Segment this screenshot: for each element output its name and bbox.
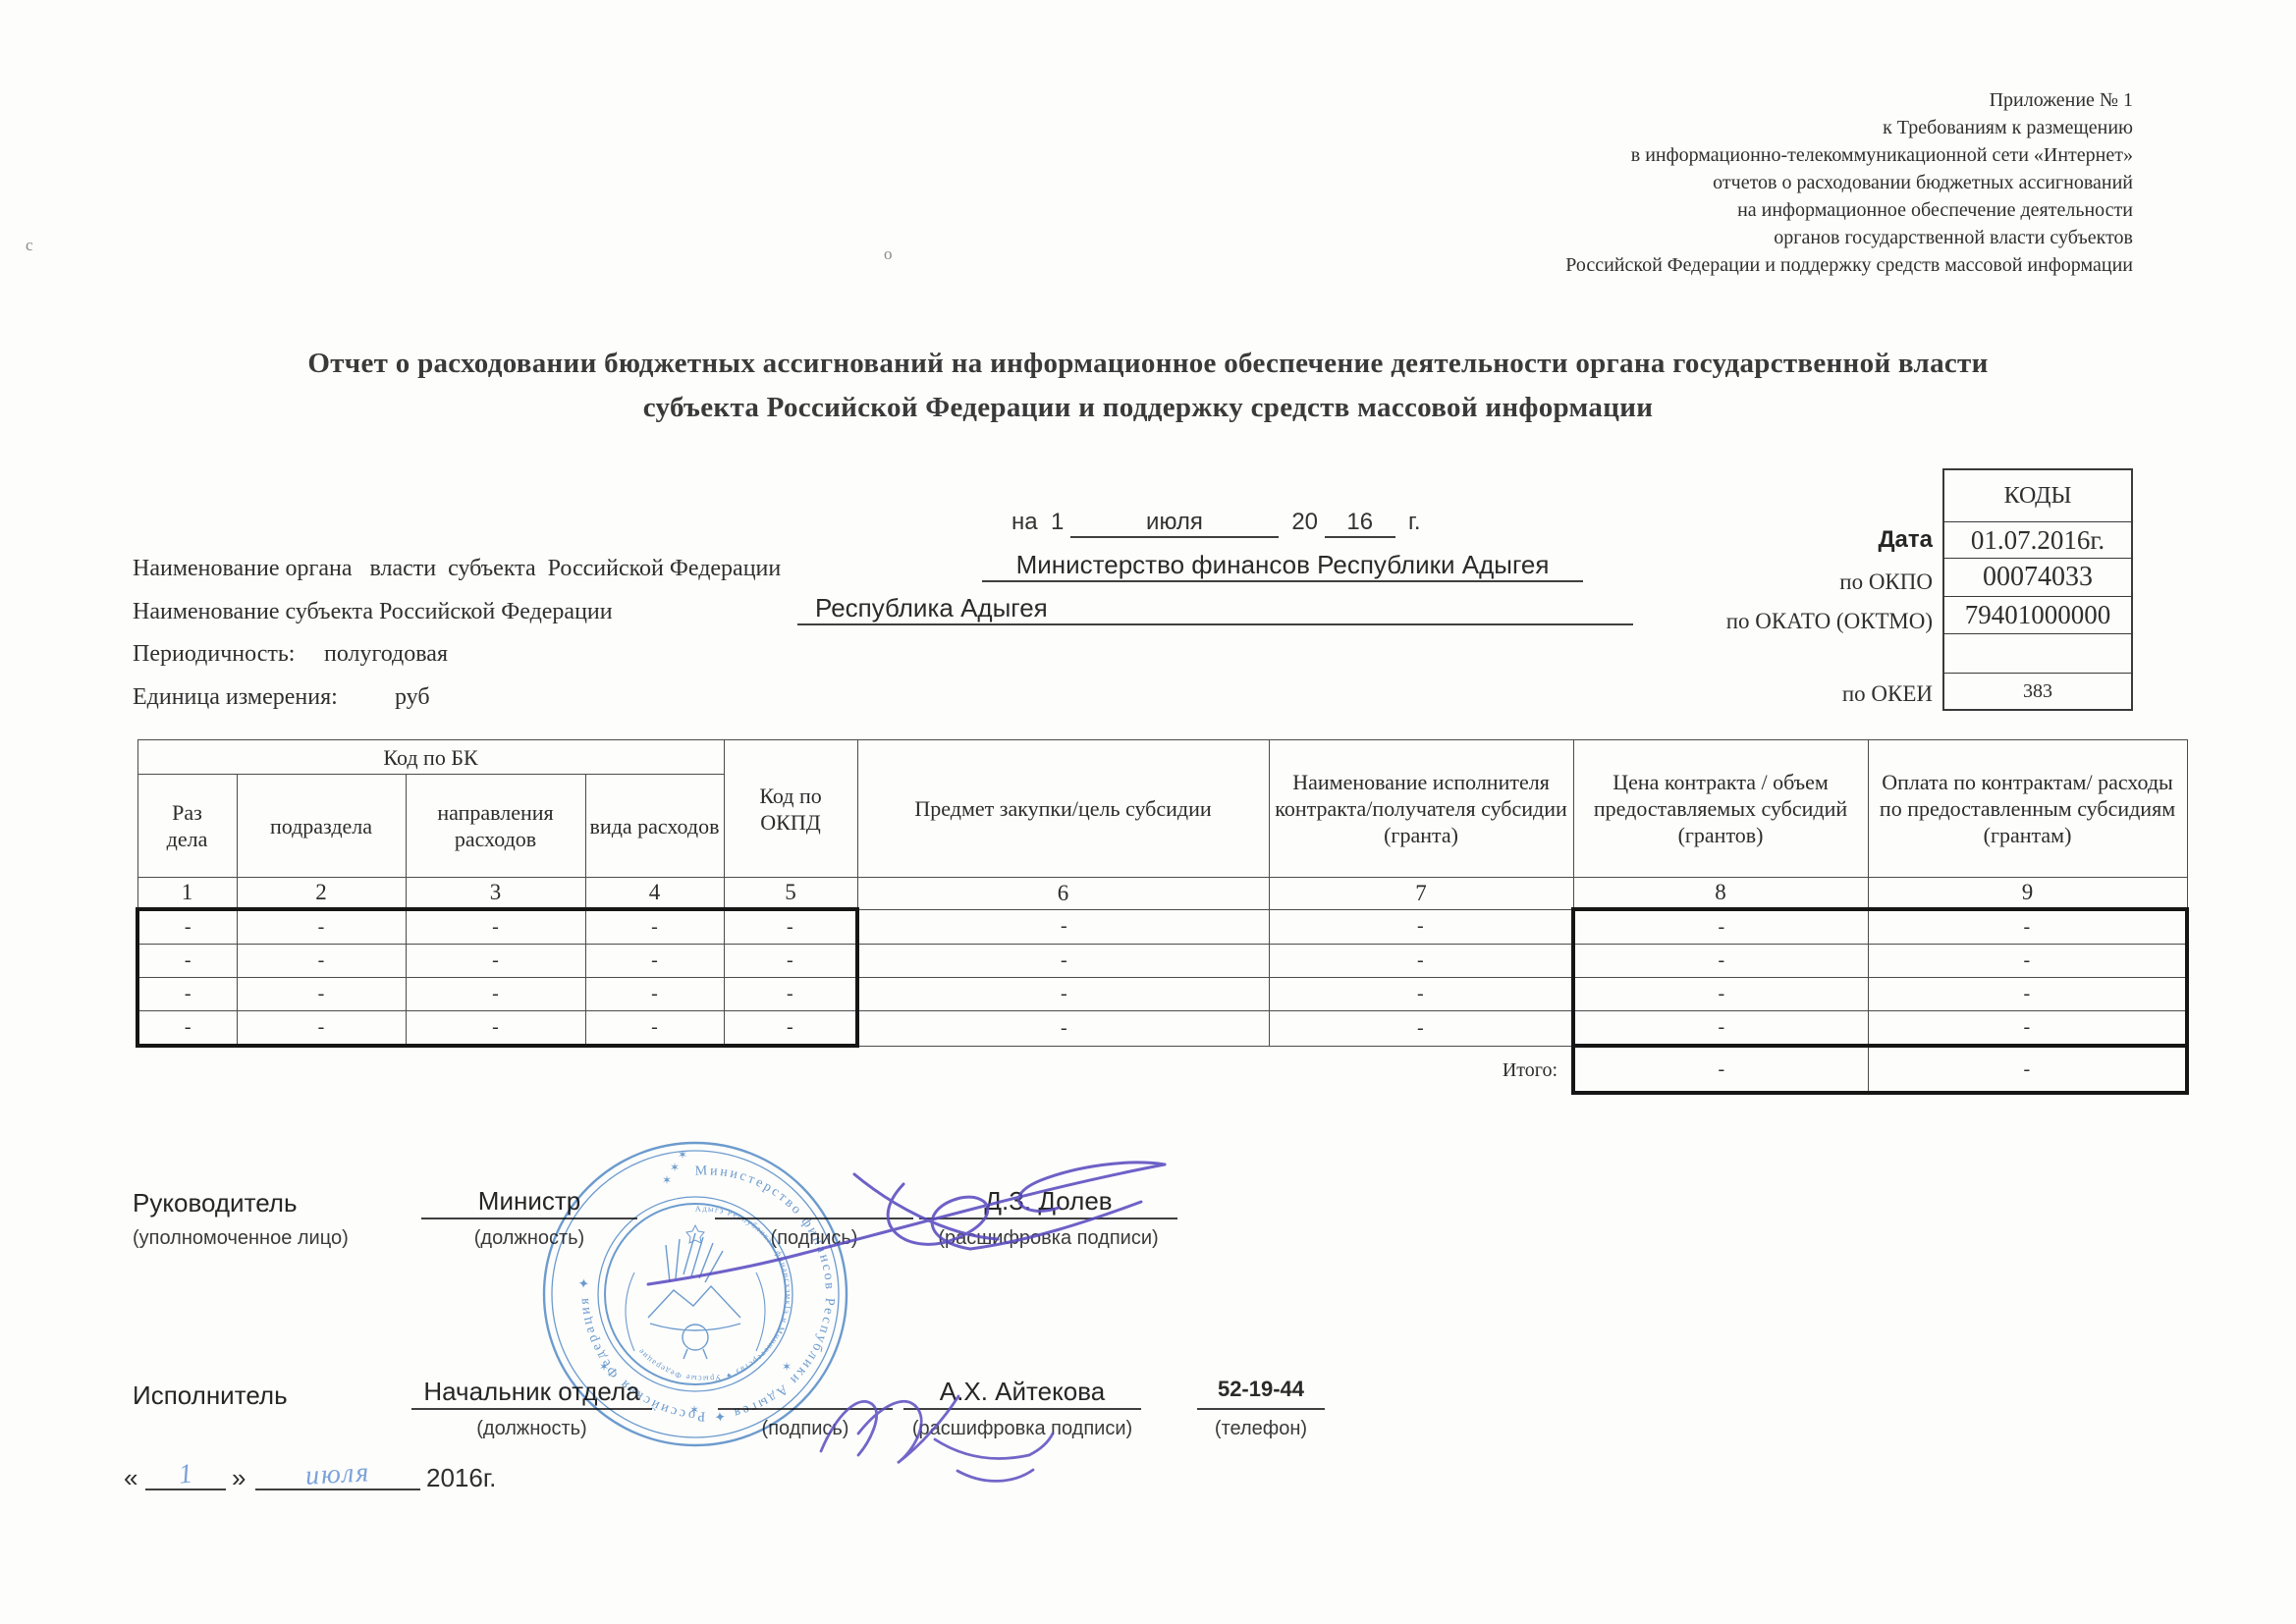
- appendix-line: Приложение № 1: [1387, 86, 2133, 114]
- table-cell: -: [724, 978, 857, 1011]
- table-cell: -: [237, 909, 406, 945]
- table-cell: -: [1868, 909, 2187, 945]
- col-number: 5: [724, 878, 857, 910]
- codes-date-cell: 01.07.2016г.: [1944, 522, 2131, 559]
- handwritten-day: 1: [177, 1458, 193, 1490]
- table-cell: -: [857, 1011, 1269, 1047]
- report-date-year-field: 16: [1325, 509, 1395, 538]
- head-name-value: Д.З. Долев: [984, 1186, 1112, 1216]
- table-cell: -: [137, 1011, 237, 1047]
- col-number: 3: [406, 878, 585, 910]
- table-row: - - - - - - - - -: [137, 1011, 2187, 1047]
- codes-okei-cell: 383: [1944, 674, 2131, 709]
- date-year: 2016г.: [426, 1463, 496, 1493]
- table-cell: -: [406, 909, 585, 945]
- table-cell: -: [724, 1011, 857, 1047]
- svg-text:✶: ✶: [670, 1161, 680, 1174]
- org-name-field: Министерство финансов Республики Адыгея: [982, 550, 1583, 582]
- codes-date-label: Дата: [1669, 526, 1933, 554]
- table-cell: -: [585, 1011, 724, 1047]
- subject-name-label: Наименование субъекта Российской Федерац…: [133, 599, 613, 625]
- table-cell: -: [237, 1011, 406, 1047]
- report-date-month: июля: [1146, 509, 1203, 535]
- codes-okato-label: по ОКАТО (ОКТМО): [1669, 609, 1933, 634]
- codes-header: КОДЫ: [2004, 483, 2072, 510]
- codes-box: КОДЫ 01.07.2016г. 00074033 79401000000 3…: [1942, 468, 2133, 711]
- table-cell: -: [724, 909, 857, 945]
- col-number: 6: [857, 878, 1269, 910]
- col-number: 1: [137, 878, 237, 910]
- report-date-century: 20: [1291, 509, 1318, 535]
- appendix-line: к Требованиям к размещению: [1387, 114, 2133, 141]
- codes-date-value: 01.07.2016г.: [1971, 525, 2105, 556]
- table-cell: -: [406, 945, 585, 978]
- table-cell: -: [585, 909, 724, 945]
- executor-phone-value: 52-19-44: [1218, 1377, 1304, 1401]
- head-role-label: Руководитель: [133, 1188, 298, 1218]
- codes-okei-value: 383: [2023, 680, 2052, 703]
- table-header-vid: вида расходов: [585, 775, 724, 878]
- table-cell: -: [137, 945, 237, 978]
- scan-artifact-right: о: [884, 244, 893, 264]
- table-cell: -: [237, 945, 406, 978]
- report-date-month-field: июля: [1070, 509, 1279, 538]
- table-header-podrazdel: подраздела: [237, 775, 406, 878]
- table-cell: -: [1269, 1011, 1573, 1047]
- total-cell-price: -: [1573, 1046, 1868, 1093]
- table-cell: -: [585, 978, 724, 1011]
- table-cell: -: [857, 945, 1269, 978]
- table-cell: -: [137, 909, 237, 945]
- table-header-contractor: Наименование исполнителя контракта/получ…: [1269, 740, 1573, 878]
- scanned-report-page: с о Приложение № 1 к Требованиям к разме…: [0, 0, 2296, 1624]
- svg-text:✶: ✶: [662, 1173, 672, 1187]
- org-name-label: Наименование органа власти субъекта Росс…: [133, 556, 781, 582]
- table-cell: -: [1269, 945, 1573, 978]
- table-header-subject: Предмет закупки/цель субсидии: [857, 740, 1269, 878]
- codes-header-cell: КОДЫ: [1944, 470, 2131, 522]
- table-number-row: 1 2 3 4 5 6 7 8 9: [137, 878, 2187, 910]
- table-cell: -: [1269, 978, 1573, 1011]
- report-title: Отчет о расходовании бюджетных ассигнова…: [107, 342, 2189, 430]
- table-header-napravlenie: направления расходов: [406, 775, 585, 878]
- date-open-quote: «: [124, 1463, 137, 1493]
- table-row: - - - - - - - - -: [137, 909, 2187, 945]
- report-title-line2: субъекта Российской Федерации и поддержк…: [643, 392, 1653, 423]
- codes-okei-label: по ОКЕИ: [1669, 681, 1933, 707]
- col-number: 4: [585, 878, 724, 910]
- svg-text:✶: ✶: [782, 1360, 792, 1374]
- executor-phone-note: (телефон): [1197, 1418, 1325, 1440]
- codes-okato-cell: 79401000000: [1944, 597, 2131, 634]
- head-role-note: (уполномоченное лицо): [133, 1227, 349, 1250]
- table-cell: -: [1573, 1011, 1868, 1047]
- table-cell: -: [585, 945, 724, 978]
- table-header-okpd: Код по ОКПД: [724, 740, 857, 878]
- svg-text:✶: ✶: [599, 1360, 609, 1374]
- report-date-prefix: на: [1011, 509, 1038, 535]
- codes-okpo-value: 00074033: [1983, 562, 2093, 593]
- head-name-line: Д.З. Долев: [919, 1186, 1177, 1219]
- org-name-value: Министерство финансов Республики Адыгея: [1016, 550, 1550, 579]
- head-name-note: (расшифровка подписи): [890, 1227, 1207, 1250]
- unit-label: Единица измерения:: [133, 684, 338, 711]
- report-date-year: 16: [1346, 509, 1373, 535]
- table-cell: -: [857, 978, 1269, 1011]
- table-cell: -: [137, 978, 237, 1011]
- appendix-line: органов государственной власти субъектов: [1387, 224, 2133, 251]
- table-header-payment: Оплата по контрактам/ расходы по предост…: [1868, 740, 2187, 878]
- table-group-header-bk: Код по БК: [137, 740, 724, 775]
- date-month-field: июля: [255, 1459, 420, 1490]
- table-cell: -: [1868, 978, 2187, 1011]
- date-day-field: 1: [145, 1459, 226, 1490]
- executor-name-note: (расшифровка подписи): [874, 1418, 1171, 1440]
- report-date-suffix: г.: [1408, 509, 1421, 535]
- total-cell-payment: -: [1868, 1046, 2187, 1093]
- date-close-quote: »: [232, 1463, 246, 1493]
- table-total-row: Итого: - -: [137, 1046, 2187, 1093]
- expenditure-table: Код по БК Код по ОКПД Предмет закупки/це…: [136, 739, 2189, 1095]
- executor-role-label: Исполнитель: [133, 1380, 288, 1411]
- table-cell: -: [1868, 1011, 2187, 1047]
- col-number: 2: [237, 878, 406, 910]
- table-cell: -: [1269, 909, 1573, 945]
- subject-name-value: Республика Адыгея: [815, 593, 1048, 623]
- appendix-reference-block: Приложение № 1 к Требованиям к размещени…: [1387, 86, 2133, 279]
- table-row: - - - - - - - - -: [137, 978, 2187, 1011]
- appendix-line: в информационно-телекоммуникационной сет…: [1387, 141, 2133, 169]
- appendix-line: на информационное обеспечение деятельнос…: [1387, 196, 2133, 224]
- col-number: 8: [1573, 878, 1868, 910]
- table-cell: -: [724, 945, 857, 978]
- table-header-price: Цена контракта / объем предоставляемых с…: [1573, 740, 1868, 878]
- stamp-emblem: [626, 1225, 765, 1359]
- subject-name-field: Республика Адыгея: [797, 593, 1633, 625]
- executor-name-line: А.Х. Айтекова: [903, 1377, 1141, 1410]
- report-date-line: на 1 июля 20 16 г.: [1011, 509, 1421, 538]
- table-cell: -: [1868, 945, 2187, 978]
- svg-text:✶: ✶: [678, 1148, 687, 1162]
- executor-phone-line: 52-19-44: [1197, 1377, 1325, 1410]
- appendix-line: Российской Федерации и поддержку средств…: [1387, 251, 2133, 279]
- table-cell: -: [1573, 978, 1868, 1011]
- periodicity-label: Периодичность:: [133, 641, 295, 668]
- table-cell: -: [1573, 945, 1868, 978]
- unit-value: руб: [395, 684, 430, 711]
- appendix-line: отчетов о расходовании бюджетных ассигно…: [1387, 169, 2133, 196]
- handwritten-month: июля: [304, 1457, 371, 1491]
- col-number: 7: [1269, 878, 1573, 910]
- codes-empty-cell: [1944, 634, 2131, 674]
- report-date-day: 1: [1051, 509, 1064, 535]
- periodicity-value: полугодовая: [324, 641, 448, 668]
- table-cell: -: [1573, 909, 1868, 945]
- executor-name-value: А.Х. Айтекова: [940, 1377, 1105, 1406]
- scan-artifact-left: с: [26, 236, 33, 255]
- table-cell: -: [857, 909, 1269, 945]
- official-stamp: Министерство финансов Республики Адыгея …: [538, 1137, 852, 1451]
- table-cell: -: [406, 978, 585, 1011]
- table-header-razdel: Раз дела: [137, 775, 237, 878]
- table-row: - - - - - - - - -: [137, 945, 2187, 978]
- codes-okpo-cell: 00074033: [1944, 559, 2131, 597]
- codes-okato-value: 79401000000: [1965, 600, 2111, 630]
- svg-text:✶: ✶: [689, 1403, 699, 1417]
- table-cell: -: [406, 1011, 585, 1047]
- total-label: Итого:: [137, 1046, 1573, 1093]
- col-number: 9: [1868, 878, 2187, 910]
- report-title-line1: Отчет о расходовании бюджетных ассигнова…: [307, 348, 1988, 379]
- table-cell: -: [237, 978, 406, 1011]
- codes-okpo-label: по ОКПО: [1669, 569, 1933, 595]
